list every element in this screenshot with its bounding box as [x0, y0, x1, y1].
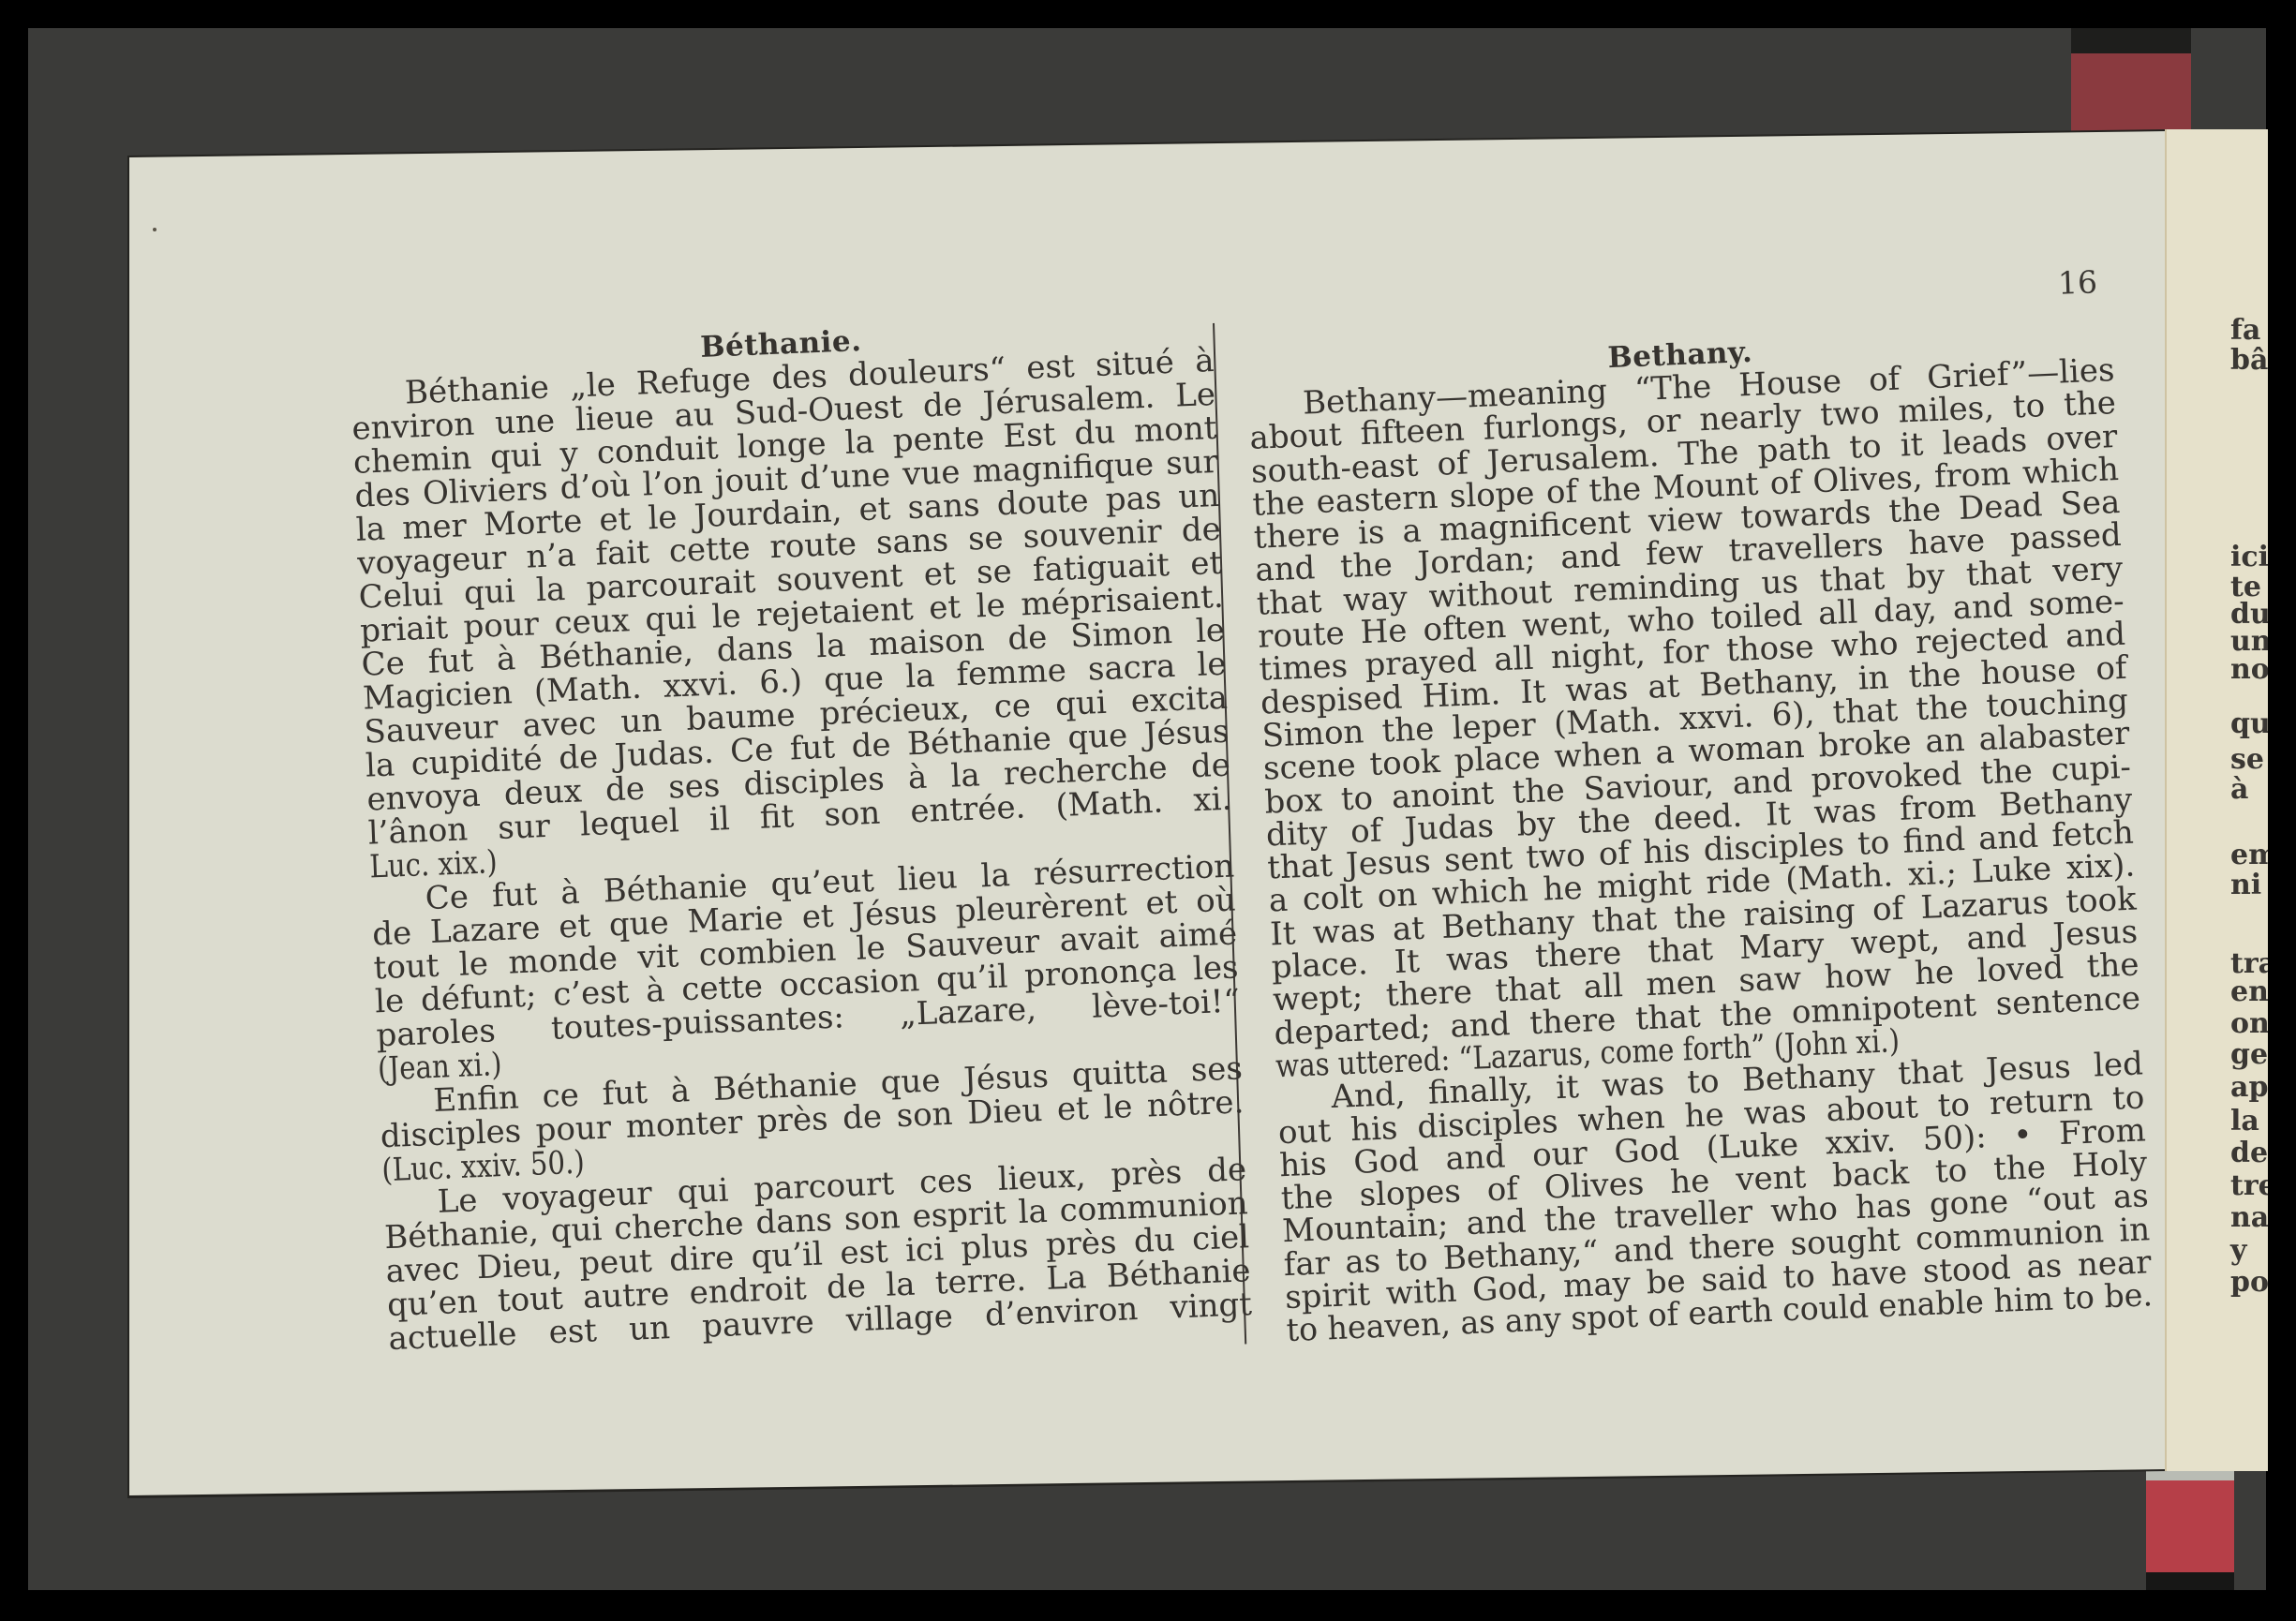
next-page-fragment: tre — [2230, 1172, 2268, 1200]
next-page-fragment: y — [2230, 1237, 2246, 1265]
book-binding-top — [2071, 28, 2191, 131]
next-page-fragment: ap — [2230, 1074, 2268, 1102]
next-page-edge: fa bâ ici te du un no qu se à em ni tra … — [2165, 129, 2268, 1471]
book-binding-bottom — [2146, 1469, 2234, 1590]
next-page-fragment: ni — [2230, 871, 2261, 900]
next-page-fragment: no — [2230, 656, 2268, 684]
next-page-fragment: se — [2230, 746, 2264, 774]
next-page-fragment: en — [2230, 978, 2268, 1006]
next-page-fragment: un — [2230, 628, 2268, 656]
next-page-fragment: ici — [2230, 543, 2268, 572]
next-page-fragment: la — [2230, 1108, 2259, 1136]
next-page-fragment: à — [2230, 776, 2248, 804]
next-page-fragment: tra — [2230, 950, 2268, 978]
next-page-fragment: ge — [2230, 1041, 2268, 1069]
next-page-fragment: bâ — [2230, 347, 2268, 375]
page-number: 16 — [2057, 263, 2097, 301]
english-column: Bethany. Bethany—meaning “The House of G… — [1246, 320, 2154, 1348]
next-page-fragment: po — [2230, 1269, 2268, 1297]
next-page-fragment: on — [2230, 1010, 2268, 1038]
next-page-fragment: qu — [2230, 710, 2268, 738]
next-page-fragment: fa — [2230, 317, 2260, 345]
next-page-fragment: em — [2230, 841, 2268, 870]
next-page-fragment: de — [2230, 1139, 2268, 1167]
french-column: Béthanie. Béthanie „le Refuge des douleu… — [349, 310, 1253, 1356]
paper-speck — [153, 228, 157, 231]
next-page-fragment: na — [2230, 1204, 2268, 1232]
